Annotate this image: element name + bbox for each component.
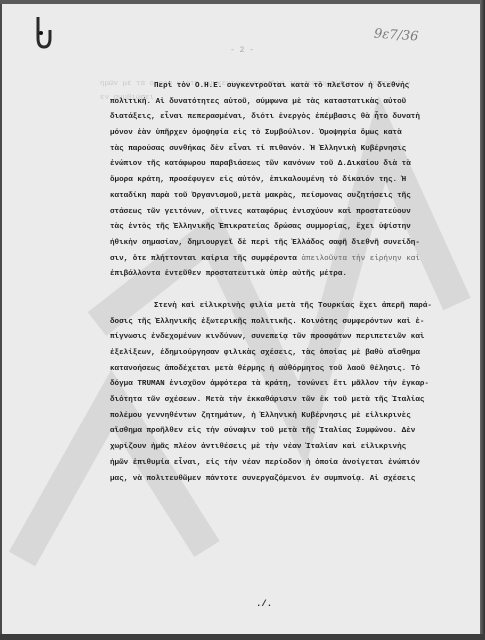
paragraph-2-line: διότητα τῶν σχέσεων. Μετὰ τὴν ἐκκαθάρισι…	[110, 393, 455, 409]
paperclip-icon	[35, 14, 53, 50]
paragraph-1-line: πολιτική. Αἱ δυνατότητες αὐτοῦ, σύμφωνα …	[110, 95, 455, 111]
paragraph-2-line: δοσις τῆς Ἑλληνικῆς ἐξωτερικῆς πολιτικῆς…	[110, 315, 455, 331]
scan-border-bottom	[0, 634, 485, 640]
document-body: Περὶ τὸν Ο.Η.Ε. συγκεντροῦται κατὰ τὸ πλ…	[110, 79, 455, 487]
continuation-mark: ./.	[256, 599, 272, 609]
paragraph-2-line: δόγμα TRUMAN ἐνισχῦον ἀμφότερα τὰ κράτη,…	[110, 377, 455, 393]
paragraph-2-line: χωρίζουν ἡμᾶς πλέον ἀντιθέσεις μὲ τὴν νέ…	[110, 440, 455, 456]
scan-border-right	[480, 0, 485, 640]
paragraph-2-line: κατανοήσεως ἀποδέχεται μετὰ θέρμης ἡ αὐθ…	[110, 362, 455, 378]
paragraph-gap	[110, 283, 455, 299]
paragraph-2-line: ἐξελίξεων, ἐδημιούργησαν φιλικὰς σχέσεις…	[110, 346, 455, 362]
page-number: - 2 -	[230, 46, 254, 55]
paragraph-2-line: πολέμου γεννηθέντων ζητημάτων, ἡ Ἑλληνικ…	[110, 409, 455, 425]
paragraph-2-line: πίγνωσις ἐνδεχομένων κινδύνων, συνεπείᾳ …	[110, 330, 455, 346]
paragraph-1-line: ἐνώπιον τῆς κατάφωρου παραβιάσεως τῶν κα…	[110, 157, 455, 173]
paragraph-1-line: Περὶ τὸν Ο.Η.Ε. συγκεντροῦται κατὰ τὸ πλ…	[110, 79, 455, 95]
paragraph-1-line: στάσεως τῶν γειτόνων, οἵτινες καταφόρως …	[110, 205, 455, 221]
line-text: σιν, ὅτε πλήττονται καίρια τῆς συμφέροντ…	[110, 255, 297, 263]
paragraph-2-line: ἡμῶν ἐπιθυμία εἶναι, εἰς τὴν νέαν περίοδ…	[110, 456, 455, 472]
paragraph-1-line: καταδίκη παρὰ τοῦ Ὀργανισμοῦ,μετὰ μακρὰς…	[110, 189, 455, 205]
paragraph-1-line: τὰς ἐντὸς τῆς Ἑλληνικῆς Ἐπικρατείας δρώσ…	[110, 220, 455, 236]
paragraph-1-line: μόνον ἐὰν ὑπῆρχεν ὁμοψηφία εἰς τὸ Συμβού…	[110, 126, 455, 142]
paragraph-1-line: διατάξεις, εἶναι πεπερασμέναι, διότι ἐνε…	[110, 110, 455, 126]
paragraph-1-line: τὰς παρούσας συνθήκας δὲν εἶναι τί πιθαν…	[110, 142, 455, 158]
paragraph-2-line: Στενὴ καὶ εἰλικρινὴς φιλία μετὰ τῆς Τουρ…	[110, 299, 455, 315]
paragraph-2-line: αἴσθημα προῆλθεν εἰς τὴν σύναψιν τοῦ μετ…	[110, 424, 455, 440]
paragraph-2-line: μας, νὰ πολιτευθῶμεν πάντοτε συνεργαζόμε…	[110, 472, 455, 488]
document-page: 9ε7/36 - 2 - ἡμῶν μὲ τὰ ὅμορα κράτη συγκ…	[2, 4, 480, 634]
handwritten-folio-number: 9ε7/36	[374, 26, 419, 44]
paragraph-1-line: ἐπιβάλλοντα ἐντεῦθεν προστατευτικὰ ὑπὲρ …	[110, 267, 455, 283]
paragraph-1-line: ὅμορα κράτη, προσέφυγεν εἰς αὐτόν, ἐπικα…	[110, 173, 455, 189]
paragraph-1-line: σιν, ὅτε πλήττονται καίρια τῆς συμφέροντ…	[110, 252, 455, 268]
paragraph-1-line: ἠθικὴν σημασίαν, δημιουργεῖ δὲ περὶ τῆς …	[110, 236, 455, 252]
faint-inserted-text: ἀπειλοῦντα τὴν εἰρήνην καὶ	[297, 255, 420, 263]
